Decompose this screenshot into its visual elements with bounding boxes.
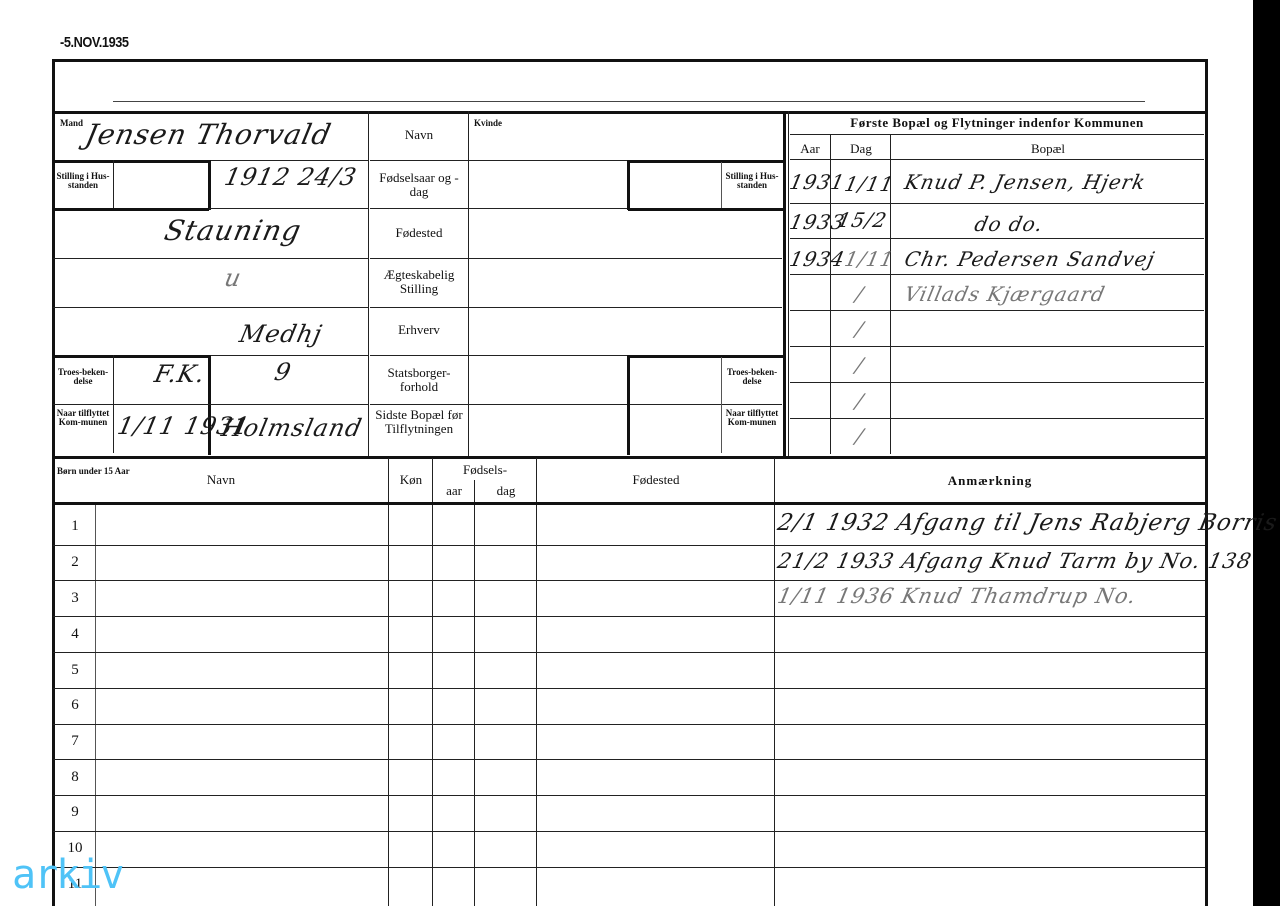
rule — [53, 688, 1205, 689]
rule — [53, 759, 1205, 760]
move-3-bopael: Chr. Pedersen Sandvej — [902, 247, 1157, 271]
rule — [790, 418, 1204, 419]
rule — [628, 160, 783, 163]
rule — [432, 458, 433, 906]
rule — [208, 160, 211, 210]
move-1-dag: 1/11 — [842, 172, 896, 196]
rule — [53, 160, 209, 163]
man-name: Jensen Thorvald — [82, 118, 334, 151]
move-4-dag: / — [853, 282, 866, 306]
man-birthplace: Stauning — [161, 214, 304, 247]
label-aegteskabelig: Ægteskabelig Stilling — [370, 268, 468, 296]
frame-right — [1205, 59, 1208, 906]
rule — [53, 404, 368, 405]
row-number: 8 — [55, 769, 95, 786]
rule — [53, 652, 1205, 653]
rule — [628, 208, 783, 211]
man-label: Mand — [60, 116, 83, 130]
row-number: 1 — [55, 518, 95, 535]
row-number: 5 — [55, 662, 95, 679]
rule — [53, 580, 1205, 581]
label-statsborger: Statsborger-forhold — [370, 366, 468, 394]
children-header-navn: Navn — [96, 473, 346, 487]
move-3-dag: 1/11 — [842, 247, 896, 271]
rule — [53, 258, 368, 259]
man-stilling-label: Stilling i Hus-standen — [55, 172, 111, 190]
children-header-aar: aar — [434, 484, 474, 498]
move-2-bopael: do do. — [972, 212, 1045, 236]
rule — [53, 545, 1205, 546]
rule — [209, 160, 368, 161]
move-4-bopael: Villads Kjærgaard — [902, 282, 1107, 306]
rule — [388, 458, 389, 906]
rule — [790, 159, 1204, 160]
row-number: 7 — [55, 733, 95, 750]
rule — [53, 208, 209, 211]
rule — [774, 458, 775, 906]
rule — [208, 355, 211, 455]
move-2-dag: 15/2 — [835, 208, 889, 232]
header-line — [113, 101, 1145, 102]
rule — [790, 238, 1204, 239]
rule — [53, 724, 1205, 725]
rule — [370, 355, 628, 356]
woman-stilling-label: Stilling i Hus-standen — [723, 172, 781, 190]
rule — [721, 162, 722, 208]
label-fodested: Fødested — [370, 226, 468, 240]
rule — [721, 357, 722, 453]
rule — [536, 458, 537, 906]
rule — [370, 307, 782, 308]
man-marital: u — [222, 264, 244, 292]
label-erhverv: Erhverv — [370, 323, 468, 337]
rule — [53, 307, 368, 308]
rule — [53, 355, 209, 358]
woman-label: Kvinde — [474, 116, 502, 130]
rule — [209, 208, 368, 209]
col-line — [368, 111, 369, 456]
label-fodselsaar: Fødselsaar og -dag — [370, 171, 468, 199]
rule — [113, 160, 114, 208]
label-sidste-bopael: Sidste Bopæl før Tilflytningen — [370, 408, 468, 436]
row-number: 2 — [55, 554, 95, 571]
move-3-aar: 1934 — [787, 247, 847, 271]
moves-header-aar: Aar — [790, 142, 830, 156]
scan-edge — [1253, 0, 1280, 906]
man-troes-label: Troes-beken-delse — [55, 368, 111, 386]
col-line — [788, 111, 789, 456]
remark-2: 21/2 1933 Afgang Knud Tarm by No. 138 — [775, 549, 1254, 573]
move-1-aar: 1931 — [787, 170, 847, 194]
row-number: 3 — [55, 590, 95, 607]
rule — [370, 258, 782, 259]
moves-title: Første Bopæl og Flytninger indenfor Komm… — [790, 116, 1204, 130]
rule — [627, 160, 630, 210]
woman-naar-label: Naar tilflyttet Kom-munen — [723, 409, 781, 427]
label-navn: Navn — [370, 128, 468, 142]
row-number: 6 — [55, 697, 95, 714]
move-6-dag: / — [853, 353, 866, 377]
man-previous-residence: Holmsland — [219, 414, 365, 442]
children-header-dag: dag — [476, 484, 536, 498]
move-5-dag: / — [853, 317, 866, 341]
row-number: 4 — [55, 626, 95, 643]
move-1-bopael: Knud P. Jensen, Hjerk — [902, 170, 1148, 194]
children-header-anmaerkning: Anmærkning — [776, 474, 1204, 488]
children-header-kon: Køn — [390, 473, 432, 487]
rule — [474, 480, 475, 906]
rule — [627, 355, 630, 455]
move-7-dag: / — [853, 389, 866, 413]
rule — [53, 616, 1205, 617]
rule — [53, 795, 1205, 796]
children-header-fodsels: Fødsels- — [434, 463, 536, 477]
moves-header-dag: Dag — [832, 142, 890, 156]
rule — [53, 867, 1205, 868]
remark-3: 1/11 1936 Knud Thamdrup No. — [775, 584, 1138, 608]
rule — [53, 831, 1205, 832]
rule — [209, 355, 368, 356]
man-troes-value: F.K. — [152, 360, 208, 388]
date-stamp: -5.NOV.1935 — [60, 34, 129, 51]
rule — [370, 208, 628, 209]
rule — [790, 134, 1204, 135]
woman-troes-label: Troes-beken-delse — [723, 368, 781, 386]
col-line — [783, 111, 786, 456]
remark-1: 2/1 1932 Afgang til Jens Rabjerg Borris — [775, 510, 1280, 536]
section-top — [52, 111, 1208, 114]
children-header-fodested: Fødested — [538, 473, 774, 487]
man-birth: 1912 24/3 — [222, 163, 360, 191]
move-8-dag: / — [853, 424, 866, 448]
rule — [95, 503, 96, 906]
arkiv-watermark: arkiv — [12, 852, 122, 898]
man-occupation: Medhj — [237, 320, 325, 348]
rule — [790, 310, 1204, 311]
row-number: 9 — [55, 804, 95, 821]
man-naar-label: Naar tilflyttet Kom-munen — [55, 409, 111, 427]
rule — [790, 274, 1204, 275]
frame-top — [52, 59, 1208, 62]
rule — [628, 355, 783, 358]
section-divider — [52, 456, 1208, 459]
rule — [790, 203, 1204, 204]
rule — [790, 346, 1204, 347]
rule — [790, 382, 1204, 383]
rule — [53, 502, 1205, 505]
man-statsborger: 9 — [272, 358, 294, 386]
moves-header-bopael: Bopæl — [892, 142, 1204, 156]
